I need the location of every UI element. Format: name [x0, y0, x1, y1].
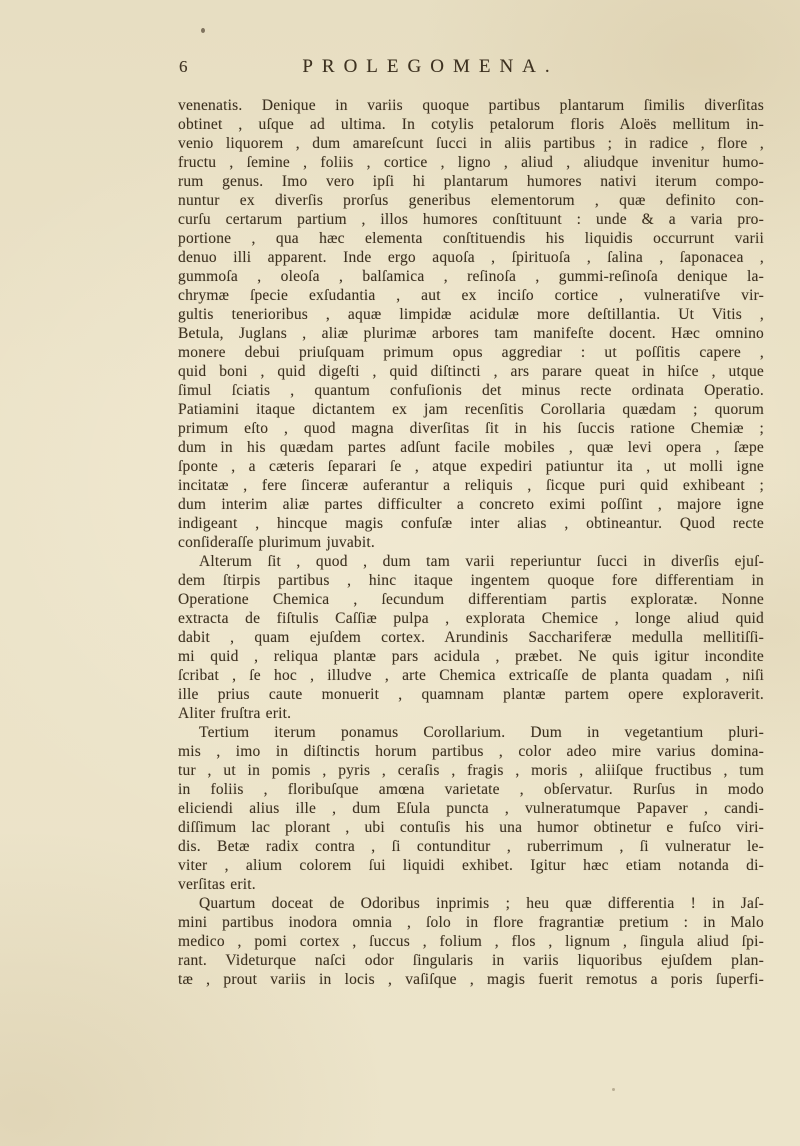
- text-line: chrymæ ſpecie exſudantia , aut ex inciſo…: [178, 286, 764, 305]
- text-line: venio liquorem , dum amareſcunt ſucci in…: [178, 134, 764, 153]
- text-line: incitatæ , fere ſinceræ auferantur a rel…: [178, 476, 764, 495]
- text-line: obtinet , uſque ad ultima. In cotylis pe…: [178, 115, 764, 134]
- text-line: rum genus. Imo vero ipſi hi plantarum hu…: [178, 172, 764, 191]
- text-line: viter , alium colorem ſui liquidi exhibe…: [178, 856, 764, 875]
- text-line: monere debui priuſquam primum opus aggre…: [178, 343, 764, 362]
- running-header: PROLEGOMENA.: [248, 55, 604, 79]
- text-line: mi quid , reliqua plantæ pars acidula , …: [178, 647, 764, 666]
- text-line: denuo illi apparent. Inde ergo aquoſa , …: [178, 248, 764, 267]
- text-line: portione , qua hæc elementa conſtituendi…: [178, 229, 764, 248]
- text-line: Alterum ſit , quod , dum tam varii reper…: [178, 552, 764, 571]
- text-line: Operatione Chemica , ſecundum differenti…: [178, 590, 764, 609]
- text-line: diſſimum lac plorant , ubi contuſis his …: [178, 818, 764, 837]
- text-line: ſimul ſciatis , quantum confuſionis det …: [178, 381, 764, 400]
- text-line: dabit , quam ejuſdem cortex. Arundinis S…: [178, 628, 764, 647]
- text-line: extracta de fiſtulis Caſſiæ pulpa , expl…: [178, 609, 764, 628]
- page-number: 6: [179, 56, 188, 78]
- text-line: gummoſa , oleoſa , balſamica , reſinoſa …: [178, 267, 764, 286]
- text-line: mis , imo in diſtinctis horum partibus ,…: [178, 742, 764, 761]
- text-line: Patiamini itaque dictantem ex jam recenſ…: [178, 400, 764, 419]
- text-line: curſu certarum partium , illos humores c…: [178, 210, 764, 229]
- text-line: conſideraſſe plurimum juvabit.: [178, 533, 764, 552]
- text-line: Tertium iterum ponamus Corollarium. Dum …: [178, 723, 764, 742]
- text-line: mini partibus inodora omnia , ſolo in fl…: [178, 913, 764, 932]
- text-line: venenatis. Denique in variis quoque part…: [178, 96, 764, 115]
- text-line: rant. Videturque naſci odor ſingularis i…: [178, 951, 764, 970]
- text-line: Quartum doceat de Odoribus inprimis ; he…: [178, 894, 764, 913]
- text-line: ſponte , a cæteris ſeparari ſe , atque e…: [178, 457, 764, 476]
- ink-speck: [201, 28, 205, 33]
- text-line: gultis tenerioribus , aquæ limpidæ acidu…: [178, 305, 764, 324]
- text-line: dum in his quædam partes adſunt facile m…: [178, 438, 764, 457]
- text-line: fructu , ſemine , foliis , cortice , lig…: [178, 153, 764, 172]
- text-line: in foliis , floribuſque amœna varietate …: [178, 780, 764, 799]
- text-line: dem ſtirpis partibus , hinc itaque ingen…: [178, 571, 764, 590]
- text-line: ille prius caute monuerit , quamnam plan…: [178, 685, 764, 704]
- text-line: indigeant , hincque magis confuſæ inter …: [178, 514, 764, 533]
- text-line: tur , ut in pomis , pyris , ceraſis , fr…: [178, 761, 764, 780]
- text-line: primum eſto , quod magna diverſitas ſit …: [178, 419, 764, 438]
- book-page: 6 PROLEGOMENA. venenatis. Denique in var…: [0, 0, 800, 1146]
- text-block: venenatis. Denique in variis quoque part…: [178, 96, 764, 989]
- text-line: dum interim aliæ partes difficulter a co…: [178, 495, 764, 514]
- text-line: nuntur ex diverſis prorſus generibus ele…: [178, 191, 764, 210]
- text-line: verſitas erit.: [178, 875, 764, 894]
- text-line: Betula, Juglans , aliæ plurimæ arbores t…: [178, 324, 764, 343]
- text-line: Aliter fruſtra erit.: [178, 704, 764, 723]
- text-line: tæ , prout variis in locis , vaſiſque , …: [178, 970, 764, 989]
- text-line: ſcribat , ſe hoc , illudve , arte Chemic…: [178, 666, 764, 685]
- text-line: quid boni , quid digeſti , quid diſtinct…: [178, 362, 764, 381]
- text-line: dis. Betæ radix contra , ſi contunditur …: [178, 837, 764, 856]
- text-line: eliciendi alius ille , dum Eſula puncta …: [178, 799, 764, 818]
- text-line: medico , pomi cortex , ſuccus , folium ,…: [178, 932, 764, 951]
- ink-speck: [612, 1088, 615, 1091]
